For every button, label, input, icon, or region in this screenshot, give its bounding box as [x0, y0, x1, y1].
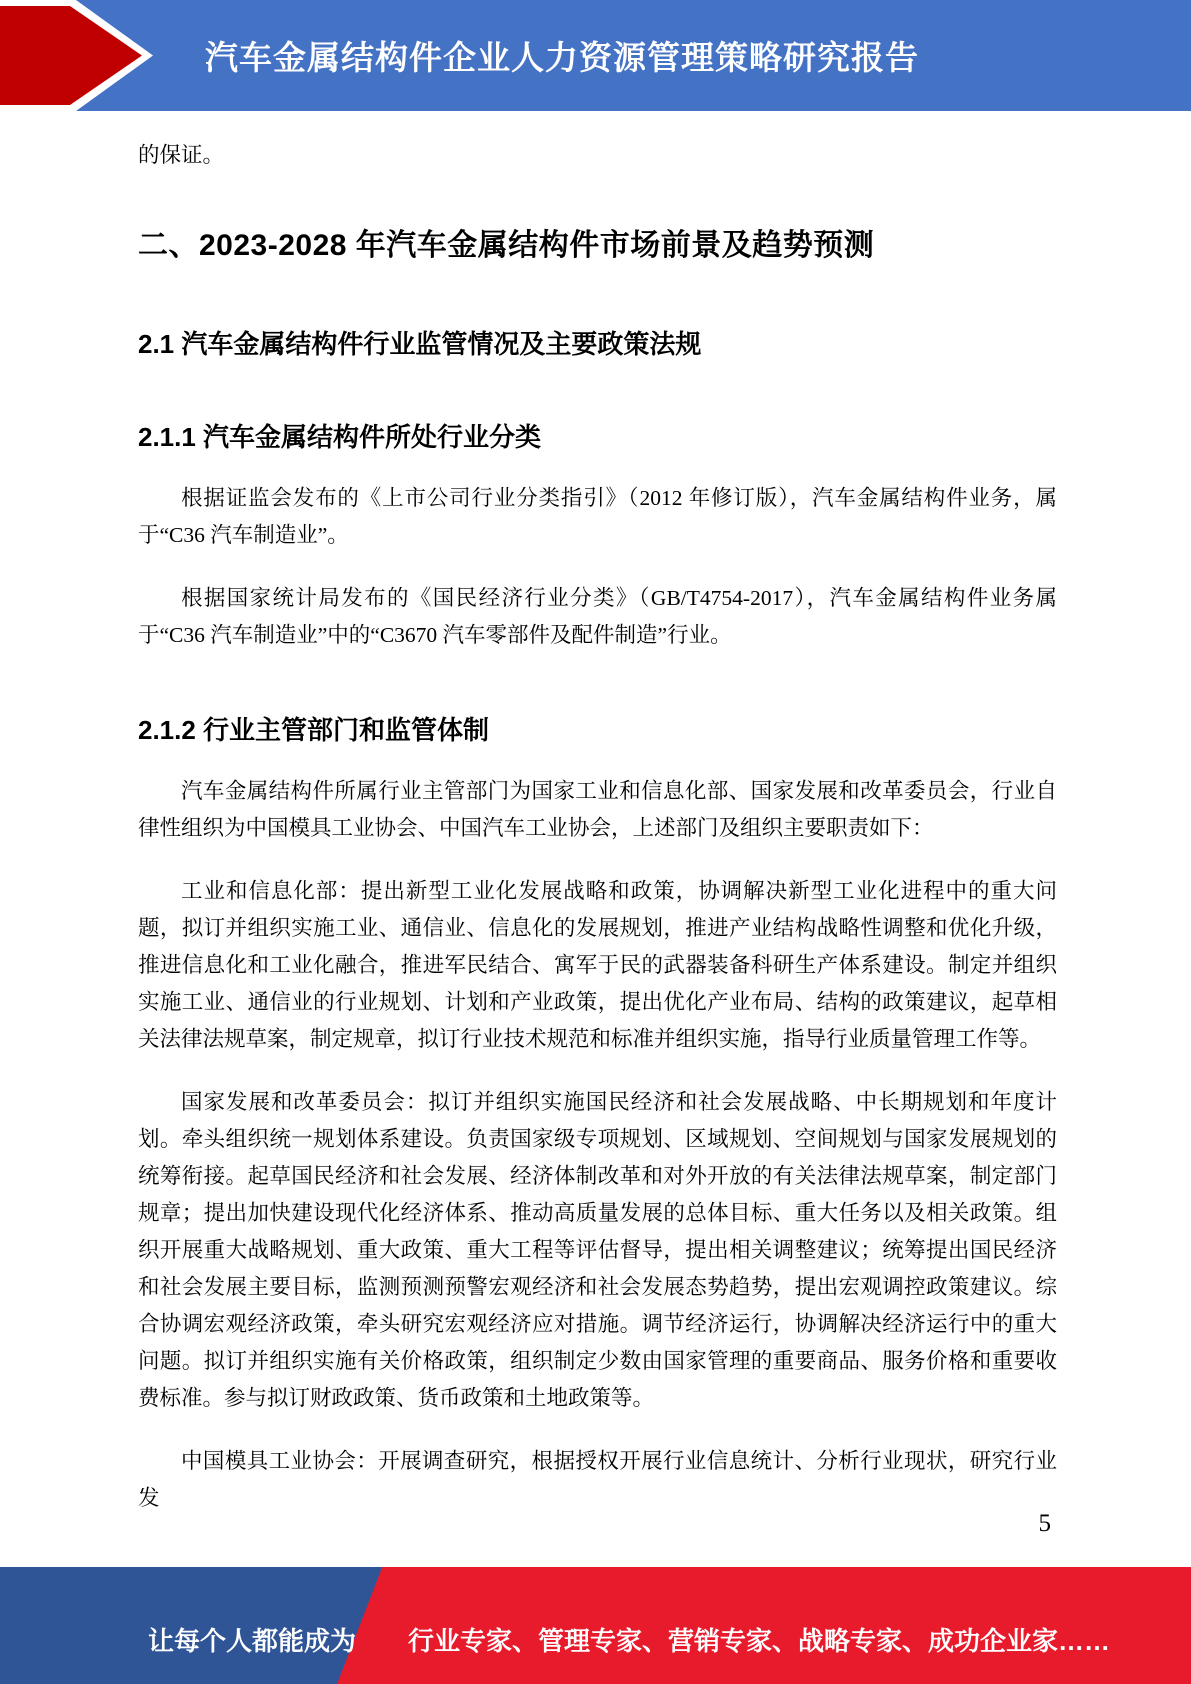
footer-banner: 让每个人都能成为 行业专家、管理专家、营销专家、战略专家、成功企业家……	[0, 1567, 1191, 1684]
subsection-heading: 2.1.1 汽车金属结构件所处行业分类	[138, 417, 1057, 454]
page-title: 汽车金属结构件企业人力资源管理策略研究报告	[205, 0, 919, 111]
footer-slogan-right: 行业专家、管理专家、营销专家、战略专家、成功企业家……	[408, 1621, 1110, 1658]
document-page: 汽车金属结构件企业人力资源管理策略研究报告 的保证。 二、2023-2028 年…	[0, 0, 1191, 1684]
section-heading: 2.1 汽车金属结构件行业监管情况及主要政策法规	[138, 324, 1057, 361]
header-arrow-icon	[0, 0, 154, 111]
paragraph: 的保证。	[138, 137, 1057, 174]
paragraph: 汽车金属结构件所属行业主管部门为国家工业和信息化部、国家发展和改革委员会，行业自…	[138, 773, 1057, 847]
document-body: 的保证。 二、2023-2028 年汽车金属结构件市场前景及趋势预测 2.1 汽…	[0, 111, 1191, 1517]
subsection-heading: 2.1.2 行业主管部门和监管体制	[138, 710, 1057, 747]
paragraph: 中国模具工业协会：开展调查研究，根据授权开展行业信息统计、分析行业现状，研究行业…	[138, 1443, 1057, 1517]
footer-slogan-left: 让每个人都能成为	[148, 1621, 356, 1658]
paragraph: 根据国家统计局发布的《国民经济行业分类》（GB/T4754-2017），汽车金属…	[138, 580, 1057, 654]
header-banner: 汽车金属结构件企业人力资源管理策略研究报告	[0, 0, 1191, 111]
page-number: 5	[1039, 1510, 1052, 1538]
paragraph: 国家发展和改革委员会：拟订并组织实施国民经济和社会发展战略、中长期规划和年度计划…	[138, 1084, 1057, 1417]
chapter-heading: 二、2023-2028 年汽车金属结构件市场前景及趋势预测	[138, 220, 1057, 264]
paragraph: 根据证监会发布的《上市公司行业分类指引》（2012 年修订版），汽车金属结构件业…	[138, 480, 1057, 554]
paragraph: 工业和信息化部：提出新型工业化发展战略和政策，协调解决新型工业化进程中的重大问题…	[138, 873, 1057, 1058]
